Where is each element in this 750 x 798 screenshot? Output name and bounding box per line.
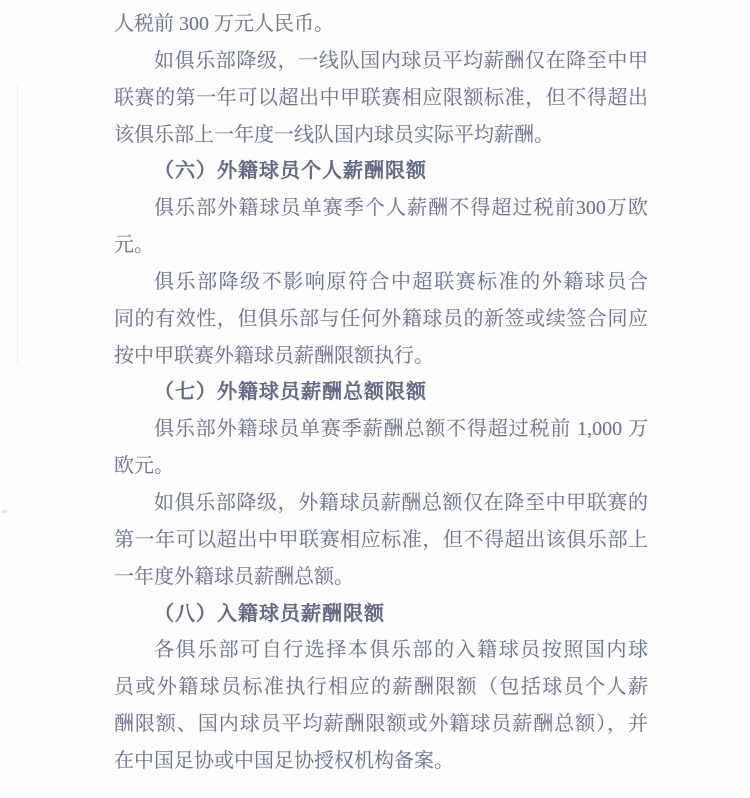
section-heading: （八）入籍球员薪酬限额: [114, 596, 648, 633]
document-line: 按中甲联赛外籍球员薪酬限额执行。: [114, 338, 648, 375]
document-line: 联赛的第一年可以超出中甲联赛相应限额标准，但不得超出: [114, 80, 648, 117]
document-line: 员或外籍球员标准执行相应的薪酬限额（包括球员个人薪: [114, 669, 648, 706]
document-line: 欧元。: [114, 448, 648, 485]
document-line: 俱乐部降级不影响原符合中超联赛标准的外籍球员合: [114, 264, 648, 301]
scanned-document-page: 人税前 300 万元人民币。如俱乐部降级，一线队国内球员平均薪酬仅在降至中甲联赛…: [0, 0, 750, 798]
document-text-block: 人税前 300 万元人民币。如俱乐部降级，一线队国内球员平均薪酬仅在降至中甲联赛…: [114, 6, 648, 780]
document-line: 如俱乐部降级，一线队国内球员平均薪酬仅在降至中甲: [114, 43, 648, 80]
scan-artifact-dot: [2, 510, 7, 513]
document-line: 同的有效性，但俱乐部与任何外籍球员的新签或续签合同应: [114, 301, 648, 338]
document-line: 俱乐部外籍球员单赛季个人薪酬不得超过税前300万欧: [114, 190, 648, 227]
document-line: 元。: [114, 227, 648, 264]
document-line: 一年度外籍球员薪酬总额。: [114, 559, 648, 596]
document-line: 在中国足协或中国足协授权机构备案。: [114, 743, 648, 780]
scan-artifact-line: [17, 85, 18, 365]
document-line: 酬限额、国内球员平均薪酬限额或外籍球员薪酬总额），并: [114, 706, 648, 743]
document-line: 该俱乐部上一年度一线队国内球员实际平均薪酬。: [114, 117, 648, 154]
section-heading: （七）外籍球员薪酬总额限额: [114, 374, 648, 411]
document-line: 第一年可以超出中甲联赛相应标准，但不得超出该俱乐部上: [114, 522, 648, 559]
document-line: 俱乐部外籍球员单赛季薪酬总额不得超过税前 1,000 万: [114, 411, 648, 448]
document-line: 如俱乐部降级，外籍球员薪酬总额仅在降至中甲联赛的: [114, 485, 648, 522]
section-heading: （六）外籍球员个人薪酬限额: [114, 153, 648, 190]
document-line: 各俱乐部可自行选择本俱乐部的入籍球员按照国内球: [114, 632, 648, 669]
document-line: 人税前 300 万元人民币。: [114, 6, 648, 43]
